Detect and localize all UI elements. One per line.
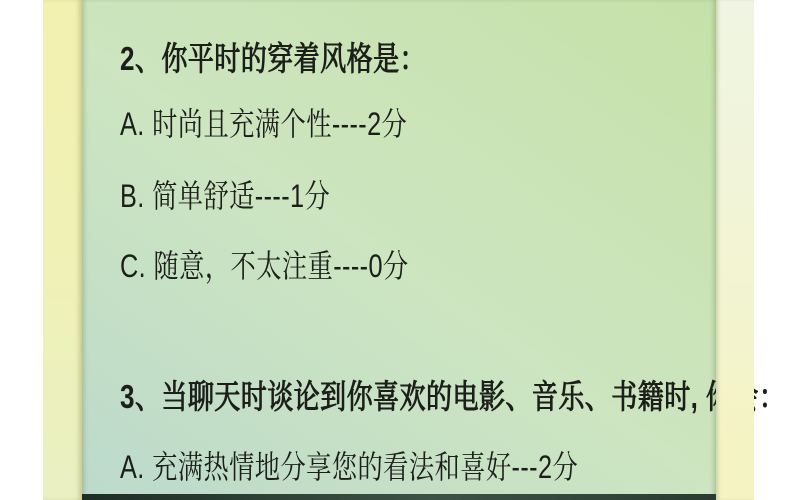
question-2-option-a: A. 时尚且充满个性----2分 xyxy=(120,105,407,143)
question-2-option-b: B. 简单舒适----1分 xyxy=(120,177,330,215)
question-3-option-a: A. 充满热情地分享您的看法和喜好---2分 xyxy=(120,448,578,486)
card-bottom-dark-band xyxy=(82,494,716,500)
right-yellow-strip xyxy=(716,0,754,500)
question-2-title: 2、你平时的穿着风格是： xyxy=(120,40,426,78)
question-3-title: 3、当聊天时谈论到你喜欢的电影、音乐、书籍时, 你会： xyxy=(120,378,785,416)
question-2-option-c: C. 随意，不太注重----0分 xyxy=(120,247,409,285)
quiz-card: 2、你平时的穿着风格是： A. 时尚且充满个性----2分 B. 简单舒适---… xyxy=(82,0,716,500)
quiz-image: 2、你平时的穿着风格是： A. 时尚且充满个性----2分 B. 简单舒适---… xyxy=(0,0,800,500)
left-yellow-strip xyxy=(43,0,82,500)
